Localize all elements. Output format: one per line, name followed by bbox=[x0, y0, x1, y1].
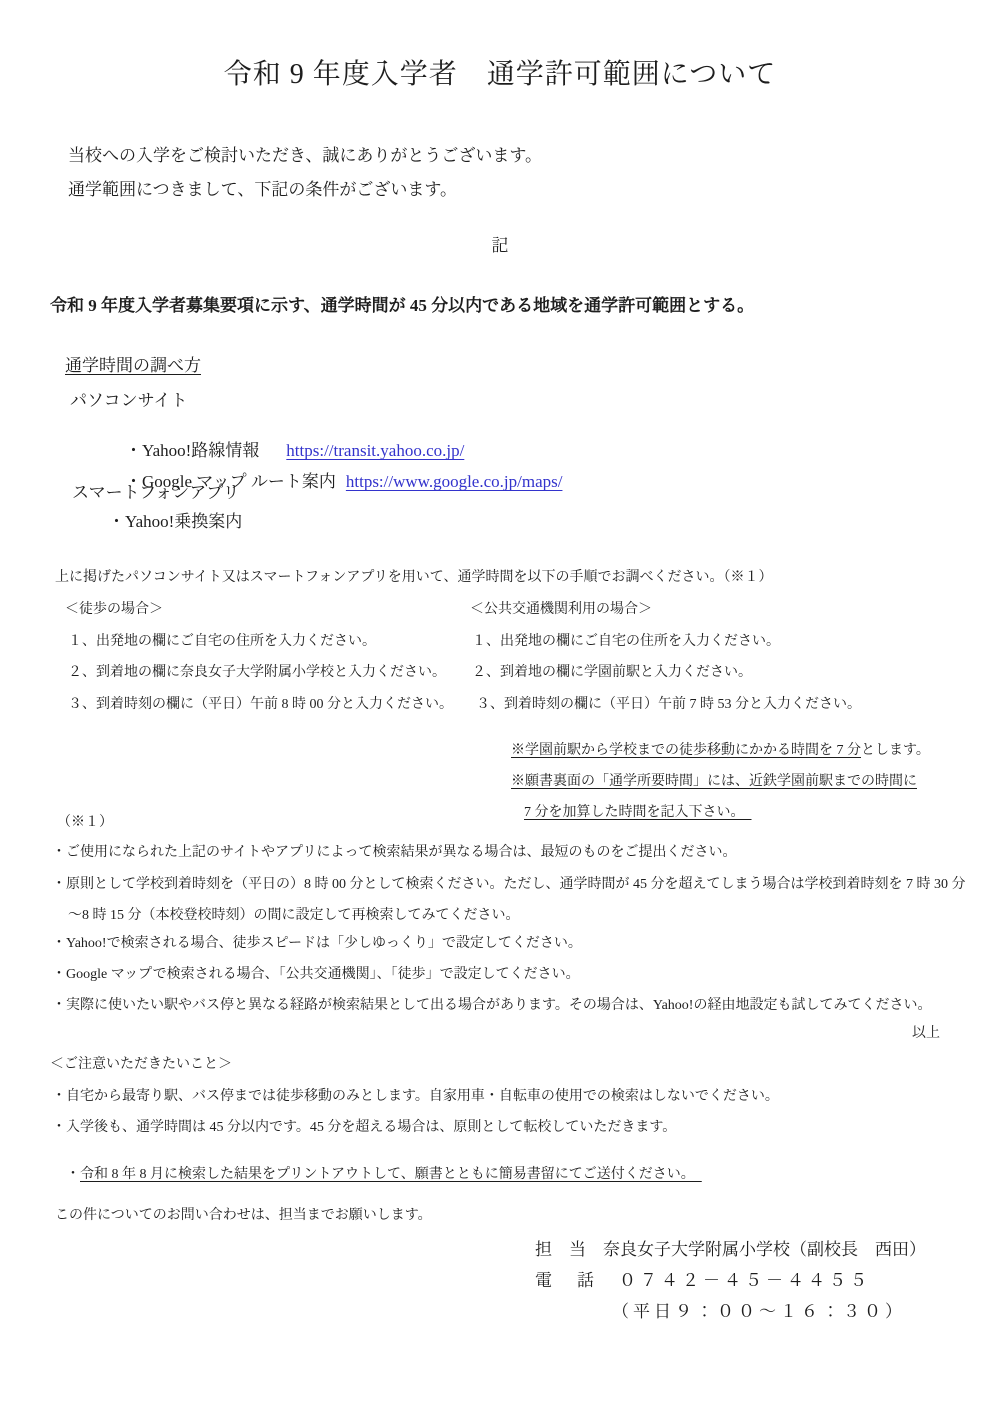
transit-step-2: ２、到着地の欄に学園前駅と入力ください。 bbox=[472, 665, 752, 682]
greeting-line-2: 通学範囲につきまして、下記の条件がございます。 bbox=[68, 180, 457, 200]
caution-bullet-3: ・令和 8 年 8 月に検索した結果をプリントアウトして、願書とともに簡易書留に… bbox=[52, 1150, 702, 1200]
ki-marker: 記 bbox=[0, 236, 1000, 256]
transit-step-3: ３、到着時刻の欄に（平日）午前 7 時 53 分と入力ください。 bbox=[476, 697, 861, 714]
transit-note-3-underlined: 7 分を加算した時間を記入下さい。 bbox=[524, 805, 752, 820]
walk-step-3: ３、到着時刻の欄に（平日）午前 8 時 00 分と入力ください。 bbox=[68, 697, 453, 714]
document-page: 令和 9 年度入学者 通学許可範囲について 当校への入学をご検討いただき、誠にあ… bbox=[0, 0, 1000, 1415]
transit-note-3: 7 分を加算した時間を記入下さい。 bbox=[510, 788, 752, 838]
caution-heading: ＜ご注意いただきたいこと＞ bbox=[50, 1057, 232, 1074]
google-maps-link[interactable]: https://www.google.co.jp/maps/ bbox=[346, 472, 563, 491]
howto-heading: 通学時間の調べ方 bbox=[65, 356, 201, 376]
contact-phone-line: 電 話 ０７４２－４５－４４５５ bbox=[535, 1271, 871, 1291]
transit-step-1: １、出発地の欄にご自宅の住所を入力ください。 bbox=[472, 634, 780, 651]
transit-note-1-rest: とします。 bbox=[861, 743, 930, 758]
caution-bullet-1: ・自宅から最寄り駅、バス停までは徒歩移動のみとします。自家用車・自転車の使用での… bbox=[52, 1089, 779, 1106]
transit-case-heading: ＜公共交通機関利用の場合＞ bbox=[470, 602, 652, 619]
remark1-label: （※１） bbox=[57, 815, 113, 832]
caution-bullet-2: ・入学後も、通学時間は 45 分以内です。45 分を超える場合は、原則として転校… bbox=[52, 1120, 676, 1137]
contact-person-line: 担 当 奈良女子大学附属小学校（副校長 西田） bbox=[535, 1240, 926, 1260]
walk-case-heading: ＜徒歩の場合＞ bbox=[65, 602, 163, 619]
contact-hours-line: （平日９：００～１６：３０） bbox=[612, 1302, 906, 1322]
transit-note-2-underlined: ※願書裏面の「通学所要時間」には、近鉄学園前駅までの時間に bbox=[511, 774, 917, 789]
remark1-bullet-2: ・原則として学校到着時刻を（平日の）8 時 00 分として検索ください。ただし、… bbox=[52, 877, 966, 894]
pc-site-label: パソコンサイト bbox=[70, 391, 187, 411]
remark1-bullet-1: ・ご使用になられた上記のサイトやアプリによって検索結果が異なる場合は、最短のもの… bbox=[52, 845, 736, 862]
remark1-bullet-4: ・Google マップで検索される場合、「公共交通機関」、「徒歩」で設定してくだ… bbox=[52, 967, 580, 984]
contact-intro: この件についてのお問い合わせは、担当までお願いします。 bbox=[55, 1208, 432, 1225]
smartphone-app-label: スマートフォンアプリ bbox=[72, 483, 240, 503]
transit-note-1-underlined: ※学園前駅から学校までの徒歩移動にかかる時間を 7 分 bbox=[511, 743, 861, 758]
walk-step-2: ２、到着地の欄に奈良女子大学附属小学校と入力ください。 bbox=[68, 665, 446, 682]
remark1-bullet-5: ・実際に使いたい駅やバス停と異なる経路が検索結果として出る場合があります。その場… bbox=[52, 998, 931, 1015]
greeting-line-1: 当校への入学をご検討いただき、誠にありがとうございます。 bbox=[68, 146, 542, 166]
policy-statement: 令和 9 年度入学者募集要項に示す、通学時間が 45 分以内である地域を通学許可… bbox=[50, 296, 754, 316]
caution-bullet-3-marker: ・ bbox=[66, 1167, 80, 1182]
procedure-intro: 上に掲げたパソコンサイト又はスマートフォンアプリを用いて、通学時間を以下の手順で… bbox=[55, 570, 773, 587]
remark1-bullet-3: ・Yahoo!で検索される場合、徒歩スピードは「少しゆっくり」で設定してください… bbox=[52, 936, 582, 953]
remark1-bullet-2-cont: ～8 時 15 分（本校登校時刻）の間に設定して再検索してみてください。 bbox=[68, 908, 520, 925]
walk-step-1: １、出発地の欄にご自宅の住所を入力ください。 bbox=[68, 634, 376, 651]
caution-bullet-3-underlined: 令和 8 年 8 月に検索した結果をプリントアウトして、願書とともに簡易書留にて… bbox=[80, 1167, 702, 1182]
page-title: 令和 9 年度入学者 通学許可範囲について bbox=[0, 58, 1000, 92]
closing-ijo: 以上 bbox=[912, 1026, 940, 1043]
yahoo-norikae-item: ・Yahoo!乗換案内 bbox=[108, 512, 242, 532]
